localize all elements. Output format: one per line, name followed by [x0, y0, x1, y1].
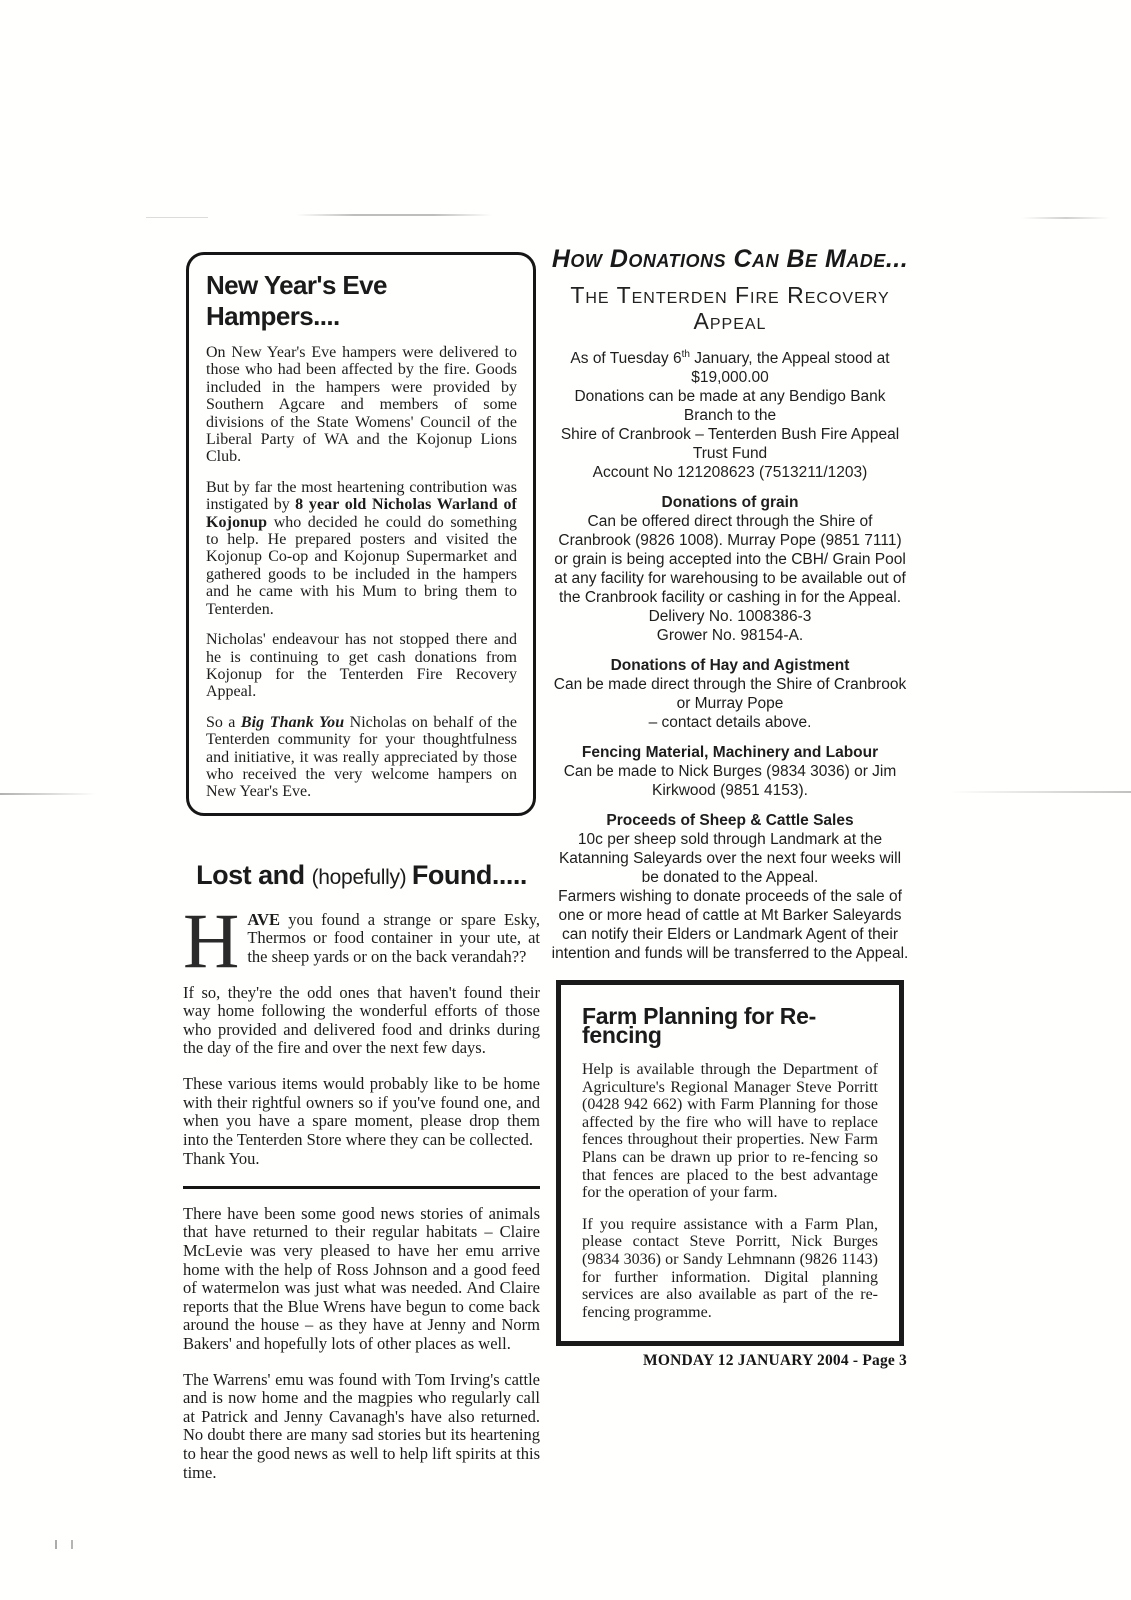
animals-paragraph-1: There have been some good news stories o…	[183, 1205, 540, 1354]
section-body: Can be made to Nick Burges (9834 3036) o…	[551, 762, 909, 800]
appeal-intro-line1-text: As of Tuesday 6	[570, 350, 681, 367]
section-body: Grower No. 98154-A.	[551, 626, 909, 645]
lost-found-paragraph-3: These various items would probably like …	[183, 1075, 540, 1149]
hampers-paragraph-4-text: So a	[206, 714, 241, 731]
hampers-article-box: New Year's Eve Hampers.... On New Year's…	[186, 252, 536, 816]
column-divider-rule	[183, 1186, 540, 1189]
section-body: Farmers wishing to donate proceeds of th…	[551, 887, 909, 963]
scan-artifact-line	[146, 217, 208, 218]
drop-cap-letter: H	[183, 911, 247, 969]
appeal-intro-line4: Account No 121208623 (7513211/1203)	[551, 463, 909, 482]
appeal-intro-line2: Donations can be made at any Bendigo Ban…	[551, 387, 909, 425]
section-body: 10c per sheep sold through Landmark at t…	[551, 830, 909, 887]
farm-planning-box: Farm Planning for Re-fencing Help is ava…	[556, 980, 904, 1346]
lost-found-heading-bold: Lost and	[196, 860, 312, 890]
farm-planning-paragraph-1: Help is available through the Department…	[582, 1061, 878, 1202]
section-body: – contact details above.	[551, 713, 909, 732]
section-heading: Proceeds of Sheep & Cattle Sales	[551, 811, 909, 830]
scan-artifact-line	[949, 791, 1131, 793]
farm-planning-paragraph-2: If you require assistance with a Farm Pl…	[582, 1216, 878, 1322]
section-fencing-material: Fencing Material, Machinery and Labour C…	[551, 743, 909, 800]
lost-found-paragraph-2: If so, they're the odd ones that haven't…	[183, 984, 540, 1058]
lost-found-paragraph-1-text: you found a strange or spare Esky, Therm…	[247, 910, 540, 966]
hampers-paragraph-3: Nicholas' endeavour has not stopped ther…	[206, 631, 517, 701]
appeal-intro-line1-text: January, the Appeal stood at	[690, 350, 890, 367]
hampers-paragraph-1: On New Year's Eve hampers were delivered…	[206, 344, 517, 466]
section-heading: Fencing Material, Machinery and Labour	[551, 743, 909, 762]
section-body: Delivery No. 1008386-3	[551, 607, 909, 626]
lost-found-heading: Lost and (hopefully) Found.....	[183, 860, 540, 891]
donations-header: How Donations Can Be Made...	[551, 250, 909, 269]
appeal-title-line1: The Tenterden Fire Recovery	[551, 282, 909, 308]
hampers-paragraph-4-bold-italic: Big Thank You	[241, 714, 344, 731]
left-column: New Year's Eve Hampers.... On New Year's…	[183, 252, 540, 1499]
section-body: Can be made direct through the Shire of …	[551, 675, 909, 713]
scan-artifact-mark	[71, 1540, 73, 1549]
scan-artifact-line	[0, 793, 96, 795]
section-donations-of-grain: Donations of grain Can be offered direct…	[551, 493, 909, 645]
page-footer: MONDAY 12 JANUARY 2004 - Page 3	[551, 1351, 907, 1370]
appeal-title: The Tenterden Fire Recovery Appeal	[551, 282, 909, 334]
hampers-article-title: New Year's Eve Hampers....	[206, 270, 517, 332]
appeal-intro-block: As of Tuesday 6th January, the Appeal st…	[551, 349, 909, 482]
ordinal-superscript: th	[682, 349, 690, 360]
lost-found-heading-bold: Found.....	[412, 860, 527, 890]
farm-planning-title: Farm Planning for Re-fencing	[582, 1007, 878, 1045]
hampers-paragraph-4: So a Big Thank You Nicholas on behalf of…	[206, 714, 517, 801]
section-hay-and-agistment: Donations of Hay and Agistment Can be ma…	[551, 656, 909, 732]
right-column: How Donations Can Be Made... The Tenterd…	[551, 250, 909, 1370]
appeal-intro-line1: As of Tuesday 6th January, the Appeal st…	[551, 349, 909, 368]
lost-found-thanks-line: Thank You.	[183, 1150, 540, 1169]
lost-found-heading-regular: (hopefully)	[312, 866, 412, 889]
scan-artifact-line	[296, 214, 492, 216]
scan-artifact-mark	[55, 1540, 57, 1549]
animals-paragraph-2: The Warrens' emu was found with Tom Irvi…	[183, 1371, 540, 1483]
section-body: Can be offered direct through the Shire …	[551, 512, 909, 607]
appeal-intro-line3: Shire of Cranbrook – Tenterden Bush Fire…	[551, 425, 909, 463]
hampers-paragraph-2: But by far the most heartening contribut…	[206, 479, 517, 618]
lost-found-lead-word: AVE	[247, 910, 280, 929]
newsletter-page: New Year's Eve Hampers.... On New Year's…	[0, 0, 1131, 1600]
section-heading: Donations of grain	[551, 493, 909, 512]
section-sheep-cattle-sales: Proceeds of Sheep & Cattle Sales 10c per…	[551, 811, 909, 963]
scan-artifact-line	[1022, 217, 1110, 219]
lost-found-paragraph-1: HAVE you found a strange or spare Esky, …	[183, 911, 540, 967]
appeal-amount: $19,000.00	[551, 368, 909, 387]
appeal-title-line2: Appeal	[551, 308, 909, 334]
section-heading: Donations of Hay and Agistment	[551, 656, 909, 675]
